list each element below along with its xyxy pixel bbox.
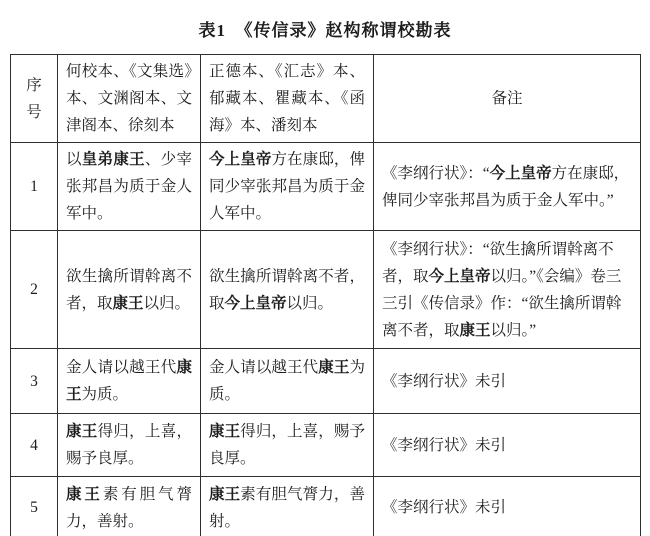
cell-remark: 《李纲行状》：“欲生擒所谓斡离不者，取今上皇帝以归。”《会编》卷三三引《传信录》… xyxy=(374,231,641,349)
table-title: 表1 《传信录》赵构称谓校勘表 xyxy=(0,0,650,54)
emphasized-appellation: 康王 xyxy=(209,486,240,503)
cell-he-editions-text: 康王得归，上喜，赐予良厚。 xyxy=(58,414,201,477)
text-segment: 正德本、《汇志》本、郁藏本、瞿藏本、《函海》本、潘刻本 xyxy=(209,63,365,134)
text-segment: 以归。 xyxy=(287,295,334,312)
column-header-seqno: 序号 xyxy=(11,55,58,143)
table-row: 4康王得归，上喜，赐予良厚。康王得归，上喜，赐予良厚。《李纲行状》未引 xyxy=(11,414,641,477)
emphasized-appellation: 皇弟康王 xyxy=(82,151,145,168)
cell-remark: 《李纲行状》：“今上皇帝方在康邸，俾同少宰张邦昌为质于金人军中。” xyxy=(374,143,641,231)
table-body: 1以皇弟康王、少宰张邦昌为质于金人军中。今上皇帝方在康邸，俾同少宰张邦昌为质于金… xyxy=(11,143,641,536)
table-row: 5康王素有胆气膂力，善射。康王素有胆气膂力，善射。《李纲行状》未引 xyxy=(11,477,641,536)
cell-zhengde-editions-text: 金人请以越王代康王为质。 xyxy=(201,349,374,414)
text-segment: 何校本、《文集选》本、文渊阁本、文津阁本、徐刻本 xyxy=(66,63,192,134)
cell-remark: 《李纲行状》未引 xyxy=(374,349,641,414)
table-header: 序号何校本、《文集选》本、文渊阁本、文津阁本、徐刻本正德本、《汇志》本、郁藏本、… xyxy=(11,55,641,143)
cell-seqno: 2 xyxy=(11,231,58,349)
cell-seqno: 3 xyxy=(11,349,58,414)
emphasized-appellation: 康王 xyxy=(318,359,349,376)
cell-seqno: 4 xyxy=(11,414,58,477)
text-segment: 以 xyxy=(66,151,82,168)
text-segment: 金人请以越王代 xyxy=(209,359,318,376)
emphasized-appellation: 康王 xyxy=(66,486,103,503)
text-segment: 备注 xyxy=(491,90,522,107)
collation-table: 序号何校本、《文集选》本、文渊阁本、文津阁本、徐刻本正德本、《汇志》本、郁藏本、… xyxy=(10,54,641,536)
text-segment: 《李纲行状》：“ xyxy=(382,165,490,182)
text-segment: 以归。” xyxy=(491,322,537,339)
document-page: 表1 《传信录》赵构称谓校勘表 序号何校本、《文集选》本、文渊阁本、文津阁本、徐… xyxy=(0,0,650,536)
cell-zhengde-editions-text: 康王得归，上喜，赐予良厚。 xyxy=(201,414,374,477)
text-segment: 以归。 xyxy=(144,295,191,312)
cell-zhengde-editions-text: 欲生擒所谓斡离不者，取今上皇帝以归。 xyxy=(201,231,374,349)
table-row: 1以皇弟康王、少宰张邦昌为质于金人军中。今上皇帝方在康邸，俾同少宰张邦昌为质于金… xyxy=(11,143,641,231)
cell-he-editions-text: 以皇弟康王、少宰张邦昌为质于金人军中。 xyxy=(58,143,201,231)
cell-he-editions-text: 金人请以越王代康王为质。 xyxy=(58,349,201,414)
text-segment: 金人请以越王代 xyxy=(66,359,176,376)
emphasized-appellation: 今上皇帝 xyxy=(209,151,271,168)
emphasized-appellation: 康王 xyxy=(66,423,98,440)
column-header-zhengde-editions: 正德本、《汇志》本、郁藏本、瞿藏本、《函海》本、潘刻本 xyxy=(201,55,374,143)
cell-zhengde-editions-text: 今上皇帝方在康邸，俾同少宰张邦昌为质于金人军中。 xyxy=(201,143,374,231)
text-segment: 《李纲行状》未引 xyxy=(382,499,506,516)
emphasized-appellation: 今上皇帝 xyxy=(429,268,491,285)
table-row: 2欲生擒所谓斡离不者，取康王以归。欲生擒所谓斡离不者，取今上皇帝以归。《李纲行状… xyxy=(11,231,641,349)
emphasized-appellation: 康王 xyxy=(460,322,491,339)
cell-he-editions-text: 欲生擒所谓斡离不者，取康王以归。 xyxy=(58,231,201,349)
text-segment: 《李纲行状》未引 xyxy=(382,373,506,390)
emphasized-appellation: 今上皇帝 xyxy=(490,165,552,182)
text-segment: 序号 xyxy=(26,77,42,121)
cell-seqno: 5 xyxy=(11,477,58,536)
text-segment: 为质。 xyxy=(82,386,129,403)
cell-remark: 《李纲行状》未引 xyxy=(374,477,641,536)
column-header-remark: 备注 xyxy=(374,55,641,143)
cell-seqno: 1 xyxy=(11,143,58,231)
emphasized-appellation: 康王 xyxy=(113,295,144,312)
emphasized-appellation: 今上皇帝 xyxy=(225,295,287,312)
cell-remark: 《李纲行状》未引 xyxy=(374,414,641,477)
table-row: 3金人请以越王代康王为质。金人请以越王代康王为质。《李纲行状》未引 xyxy=(11,349,641,414)
emphasized-appellation: 康王 xyxy=(209,423,240,440)
column-header-he-editions: 何校本、《文集选》本、文渊阁本、文津阁本、徐刻本 xyxy=(58,55,201,143)
cell-zhengde-editions-text: 康王素有胆气膂力，善射。 xyxy=(201,477,374,536)
text-segment: 《李纲行状》未引 xyxy=(382,437,506,454)
header-row: 序号何校本、《文集选》本、文渊阁本、文津阁本、徐刻本正德本、《汇志》本、郁藏本、… xyxy=(11,55,641,143)
cell-he-editions-text: 康王素有胆气膂力，善射。 xyxy=(58,477,201,536)
